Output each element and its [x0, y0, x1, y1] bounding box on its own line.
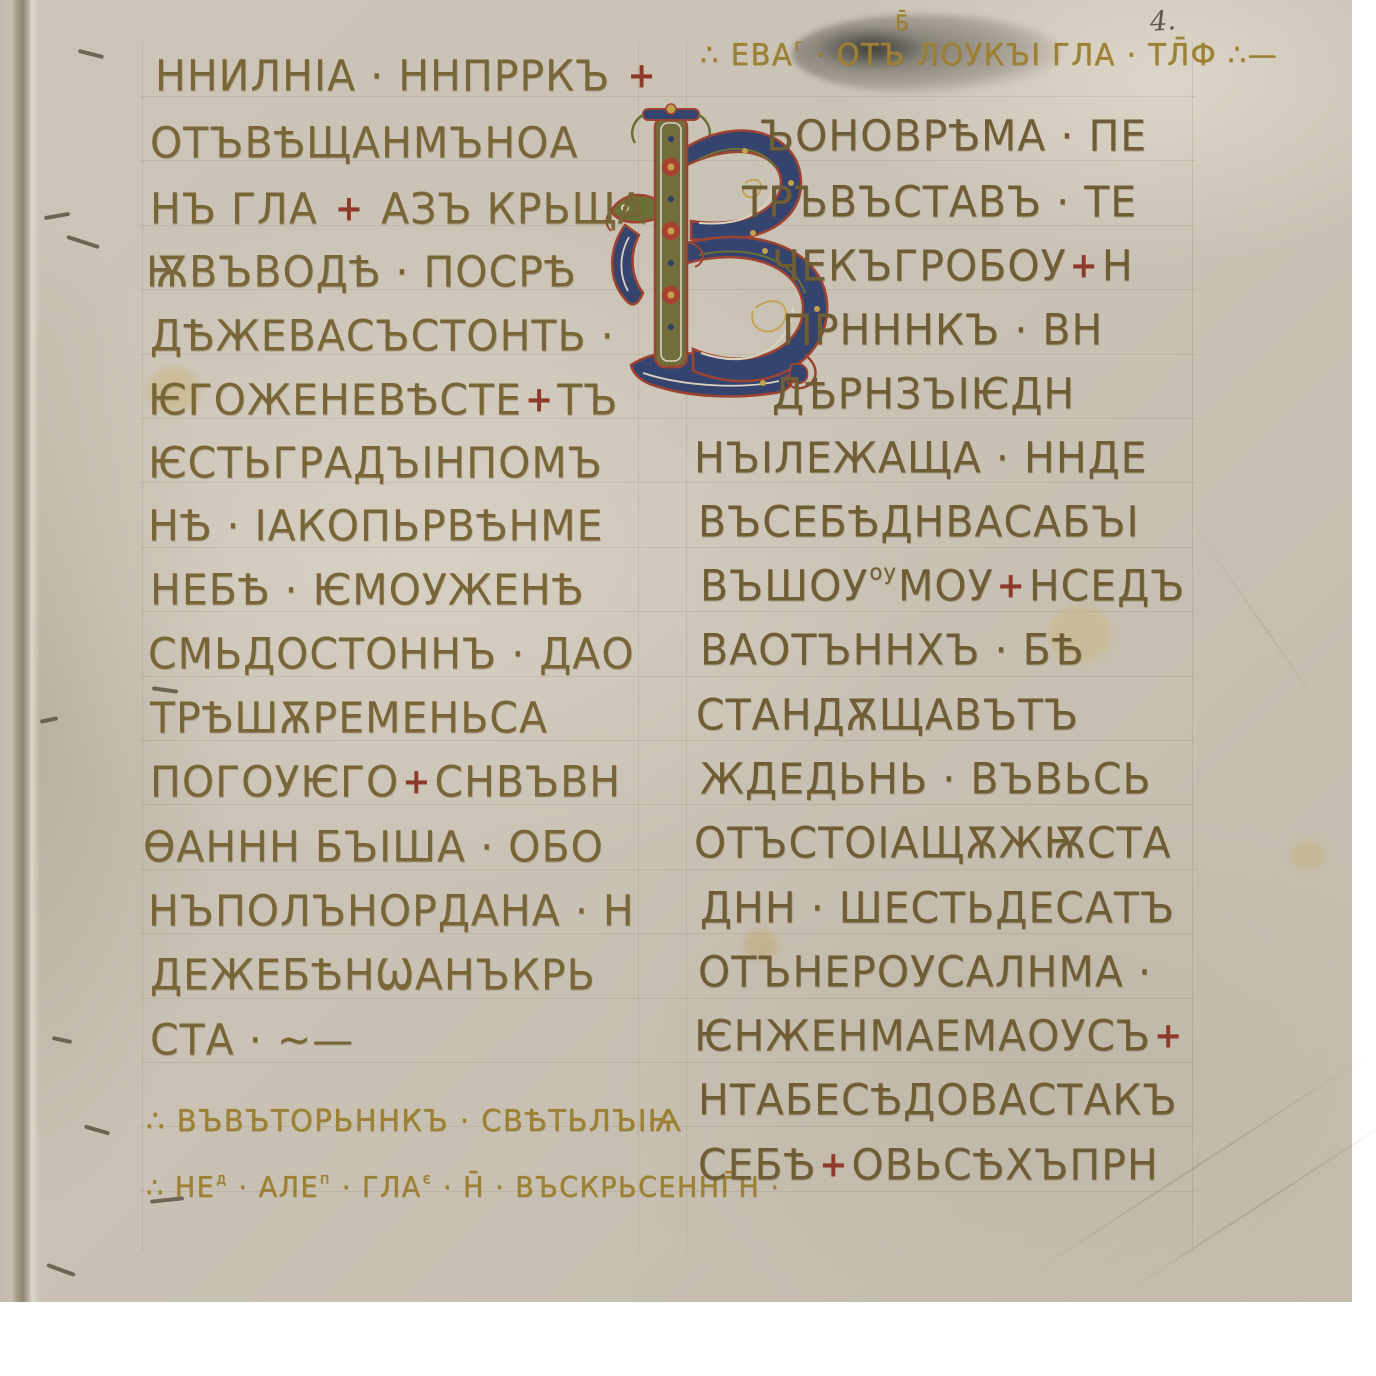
manuscript-text-line: ПОГОУѤГО+СНВЪВН: [150, 761, 621, 804]
red-cross-mark: +: [819, 1144, 848, 1185]
manuscript-text-line: ННИЛНІА · ННПРРКЪ +: [155, 55, 660, 98]
superscript-letter: г: [794, 35, 803, 54]
page-edge-nick: [40, 716, 58, 724]
ruling-line: [1192, 42, 1193, 1252]
manuscript-text-line: СТАНДѪЩАВЪТЪ: [696, 694, 1079, 737]
manuscript-text-line: НѢ · ІАКОПЬРВѢНМЕ: [148, 505, 604, 548]
superscript-letter: п: [320, 1171, 331, 1188]
manuscript-text-line: НЪПОЛЪНОРДАНА · Н: [148, 890, 635, 933]
red-cross-mark: +: [997, 565, 1026, 606]
manuscript-text-line: ОТЪВѢЩАНМЪНОА: [150, 122, 579, 165]
page-edge-nick: [44, 212, 70, 220]
manuscript-text-line: ЪОНОВРѢМА · ПЕ: [760, 115, 1147, 158]
manuscript-text-line: ДѢЖЕВАСЪСТОНТЬ ·: [150, 315, 615, 358]
manuscript-text-line: ∴ ЕВАг · ОТЪ ЛОУКЪІ ГЛА · ТЛ̄Ф ∴—: [700, 40, 1278, 70]
parchment-stain: [1290, 840, 1326, 870]
superscript-letter: д: [216, 1171, 227, 1188]
red-cross-mark: +: [402, 761, 431, 802]
manuscript-text-line: НЪ ГЛА + АЗЪ КРЬЩА: [150, 188, 646, 231]
manuscript-text-line: ДѢРНЗЪІѤДН: [772, 373, 1075, 416]
manuscript-text-line: СМЬДОСТОННЪ · ДАО: [148, 633, 635, 676]
superscript-letter: є: [423, 1171, 432, 1188]
parchment-crease: [1189, 520, 1340, 734]
manuscript-text-line: ДЕЖЕБѢНѠАНЪКРЬ: [150, 954, 596, 997]
manuscript-text-line: ѲАННН БЪІША · ОБО: [143, 826, 604, 869]
manuscript-text-line: ВЪСЕБѢДНВАСАБЪІ: [698, 501, 1140, 544]
page-edge-nick: [78, 49, 104, 59]
manuscript-photo: { "page": { "folio_number": "4.", "kind"…: [0, 0, 1376, 1376]
manuscript-text-line: ОТЪНЕРОУСАЛНМА ·: [698, 951, 1152, 994]
manuscript-text-line: ВЪШОУоуМОУ+НСЕДЪ: [700, 565, 1185, 608]
manuscript-text-line: Б̄: [895, 12, 910, 33]
manuscript-text-line: СЕБѢ+ОВЬСѢХЪПРН: [698, 1144, 1159, 1187]
folio-number: 4.: [1149, 5, 1177, 38]
page-edge-nick: [46, 1263, 76, 1277]
ruling-line: [142, 42, 143, 1252]
manuscript-text-line: ДНН · ШЕСТЬДЕСАТЪ: [700, 887, 1175, 930]
parchment-page: 4.: [0, 0, 1352, 1302]
page-edge-nick: [52, 1036, 72, 1044]
page-edge-nick: [66, 235, 100, 249]
manuscript-text-line: ОТЪСТОІАЩѪЖѬСТА: [694, 822, 1172, 865]
red-cross-mark: +: [525, 379, 554, 420]
manuscript-text-line: ѤГОЖЕНЕВѢСТЕ+ТЪ: [148, 379, 618, 422]
manuscript-text-line: ѤНЖЕНМАЕМАОУСЪ+: [694, 1015, 1186, 1058]
manuscript-text-line: ПРНННКЪ · ВН: [782, 309, 1103, 352]
manuscript-text-line: ЧЕКЪГРОБОУ+Н: [772, 245, 1134, 288]
page-edge-nick: [84, 1124, 110, 1135]
manuscript-text-line: ТРЪВЪСТАВЪ · ТЕ: [742, 181, 1137, 224]
manuscript-text-line: НЪІЛЕЖАЩА · ННДЕ: [694, 437, 1148, 480]
manuscript-text-line: ЖДЕДЬНЬ · ВЪВЬСЬ: [700, 758, 1152, 801]
manuscript-text-line: ѬВЪВОДѢ · ПОСРѢ: [146, 251, 577, 294]
manuscript-text-line: ВАОТЪННХЪ · БѢ: [700, 629, 1084, 672]
manuscript-text-line: НЕБѢ · ѤМОУЖЕНѢ: [150, 569, 584, 612]
manuscript-text-line: ТРѢШѪРЕМЕНЬСА: [150, 697, 548, 740]
manuscript-text-line: ∴ НЕд · АЛЕп · ГЛАє · Н̄ · ВЪСКРЬСЕННГ̄Н…: [146, 1174, 780, 1202]
red-cross-mark: +: [1154, 1015, 1183, 1056]
binding-gutter: [0, 0, 42, 1302]
superscript-letter: оу: [869, 559, 897, 585]
manuscript-text-line: СТА · ~—: [150, 1019, 354, 1062]
red-cross-mark: +: [627, 55, 656, 96]
manuscript-text-line: НТАБЕСѢДОВАСТАКЪ: [698, 1079, 1178, 1122]
manuscript-text-line: ѤСТЬГРАДЪІНПОМЪ: [148, 442, 603, 485]
red-cross-mark: +: [1070, 245, 1099, 286]
manuscript-text-line: ∴ ВЪВЪТОРЬННКЪ · СВѢТЬЛЪІѨ: [146, 1106, 683, 1136]
red-cross-mark: +: [335, 188, 364, 229]
